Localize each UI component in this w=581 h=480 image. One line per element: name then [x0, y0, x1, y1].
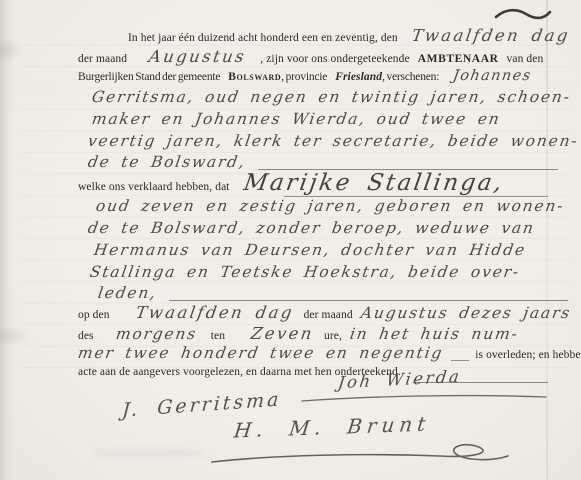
printed-text: op den	[78, 309, 110, 321]
signature-official: H. M. Brunt	[233, 412, 432, 443]
handwritten-text: oud zeven en zestig jaren, geboren en wo…	[95, 197, 566, 215]
handwritten-declarant: Johannes	[452, 68, 533, 84]
act-line-17: acte aan de aangevers voorgelezen, en da…	[78, 366, 548, 388]
handwritten-text: leden,	[97, 284, 159, 302]
printed-text: , provincie	[281, 71, 327, 83]
printed-text: is overleden; en hebben wij deze	[475, 349, 581, 361]
pen-flourish-top	[494, 7, 552, 23]
act-line-8: welke ons verklaard hebben, dat Marijke …	[78, 170, 548, 198]
printed-text: van den	[507, 53, 544, 65]
act-line-16: mer twee honderd twee en negentig is ove…	[78, 344, 548, 366]
handwritten-text: veertig jaren, klerk ter secretarie, bei…	[87, 132, 580, 150]
printed-text-gemeente: Bolsward	[228, 71, 281, 83]
printed-text: welke ons verklaard hebben, dat	[78, 181, 230, 193]
ink-bleed-smudge	[90, 448, 210, 458]
act-line-1: In het jaar één duizend acht honderd een…	[78, 26, 581, 48]
act-line-11: Hermanus van Deursen, dochter van Hidde	[78, 241, 564, 263]
handwritten-text: Gerritsma, oud negen en twintig jaren, s…	[91, 88, 573, 106]
act-line-9: oud zeven en zestig jaren, geboren en wo…	[78, 197, 566, 219]
handwritten-text: Stallinga en Teetske Hoekstra, beide ove…	[89, 263, 522, 281]
printed-text: ure,	[324, 330, 342, 342]
handwritten-house-number: mer twee honderd twee en negentig	[77, 344, 445, 362]
printed-text: , zijn voor ons ondergeteekende	[260, 53, 409, 65]
handwritten-daypart: morgens	[114, 325, 198, 343]
handwritten-text: Hermanus van Deursen, dochter van Hidde	[93, 241, 528, 259]
act-line-14: op den Twaalfden dag der maand Augustus …	[78, 303, 548, 325]
act-line-12: Stallinga en Teetske Hoekstra, beide ove…	[78, 263, 560, 285]
act-line-10: de te Bolsward, zonder beroep, weduwe va…	[78, 219, 558, 241]
handwritten-text: de te Bolsward,	[87, 153, 248, 171]
handwritten-death-day: Twaalfden dag	[134, 303, 295, 322]
ink-rule	[169, 300, 568, 301]
death-certificate-page: In het jaar één duizend acht honderd een…	[0, 0, 581, 480]
act-line-4: Gerritsma, oud negen en twintig jaren, s…	[78, 88, 562, 110]
printed-text-ambtenaar: AMBTENAAR	[418, 53, 499, 65]
act-line-6: veertig jaren, klerk ter secretarie, bei…	[78, 132, 558, 154]
printed-text-provincie: Friesland	[335, 71, 382, 83]
act-line-15: des morgens ten Zeven ure, in het huis n…	[78, 324, 548, 346]
act-line-2: der maand Augustus , zijn voor ons onder…	[78, 47, 548, 69]
printed-text: ten	[211, 330, 225, 342]
handwritten-death-month: Augustus dezes jaars	[359, 304, 572, 322]
printed-text: des	[78, 330, 94, 342]
handwritten-text: maker en Johannes Wierda, oud twee en	[91, 110, 502, 128]
ink-bleed-smudge	[0, 42, 18, 58]
handwritten-date-day: Twaalfden dag	[410, 26, 571, 45]
handwritten-text: de te Bolsward, zonder beroep, weduwe va…	[87, 219, 537, 237]
ink-dash	[451, 360, 469, 361]
printed-text: , verschenen:	[382, 71, 439, 83]
pen-flourish-wierda	[300, 392, 550, 404]
handwritten-month: Augustus	[148, 47, 248, 66]
act-line-3: Burgerlijken Stand der gemeente Bolsward…	[78, 68, 548, 90]
printed-text: der maand	[78, 53, 127, 65]
handwritten-house-ref: in het huis num-	[349, 325, 521, 343]
printed-text: Burgerlijken Stand der gemeente	[78, 71, 220, 83]
ink-bleed-smudge	[0, 330, 24, 342]
handwritten-hour: Zeven	[250, 324, 316, 343]
printed-text: der maand	[304, 309, 353, 321]
printed-text: In het jaar één duizend acht honderd een…	[128, 32, 398, 44]
page-left-edge	[0, 0, 14, 480]
handwritten-deceased-name: Marijke Stallinga,	[242, 170, 506, 196]
pen-flourish-official	[204, 438, 514, 476]
act-line-5: maker en Johannes Wierda, oud twee en	[78, 110, 562, 132]
